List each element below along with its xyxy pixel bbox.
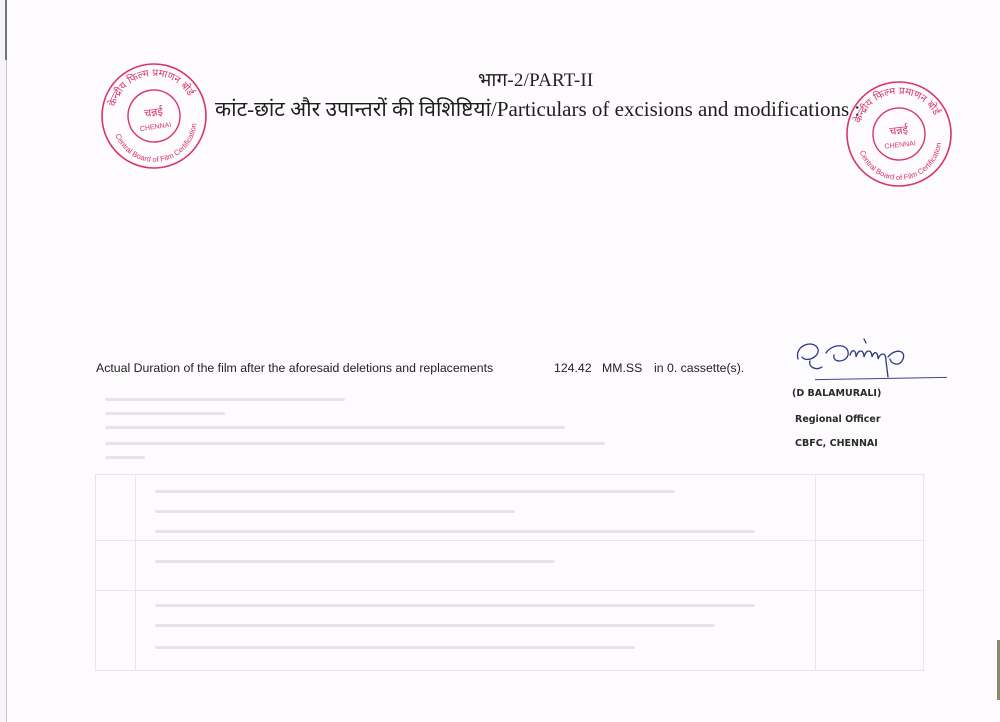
reverse-side-show-through: [95, 390, 925, 680]
cbfc-seal-icon: केन्द्रीय फिल्म प्रमाणन बोर्ड Central Bo…: [837, 72, 960, 195]
svg-text:केन्द्रीय फिल्म प्रमाणन बोर्ड: केन्द्रीय फिल्म प्रमाणन बोर्ड: [849, 81, 944, 126]
duration-label: Actual Duration of the film after the af…: [96, 361, 493, 375]
svg-text:चन्नई: चन्नई: [143, 105, 164, 121]
svg-text:चन्नई: चन्नई: [889, 123, 910, 138]
page-edge: [5, 0, 7, 60]
svg-text:CHENNAI: CHENNAI: [884, 140, 916, 150]
signature-icon: [792, 333, 952, 383]
section-heading: कांट-छांट और उपान्तरों की विशिष्टियां/Pa…: [215, 95, 860, 123]
duration-cassettes: in 0. cassette(s).: [654, 361, 744, 375]
part-heading: भाग-2/PART-II: [478, 66, 593, 92]
svg-text:CHENNAI: CHENNAI: [140, 122, 172, 133]
duration-value: 124.42: [554, 361, 592, 375]
cbfc-seal-icon: केन्द्रीय फिल्म प्रमाणन बोर्ड Central Bo…: [91, 53, 217, 179]
duration-unit: MM.SS: [602, 361, 642, 375]
svg-text:केन्द्रीय फिल्म प्रमाणन बोर्ड: केन्द्रीय फिल्म प्रमाणन बोर्ड: [102, 62, 198, 110]
